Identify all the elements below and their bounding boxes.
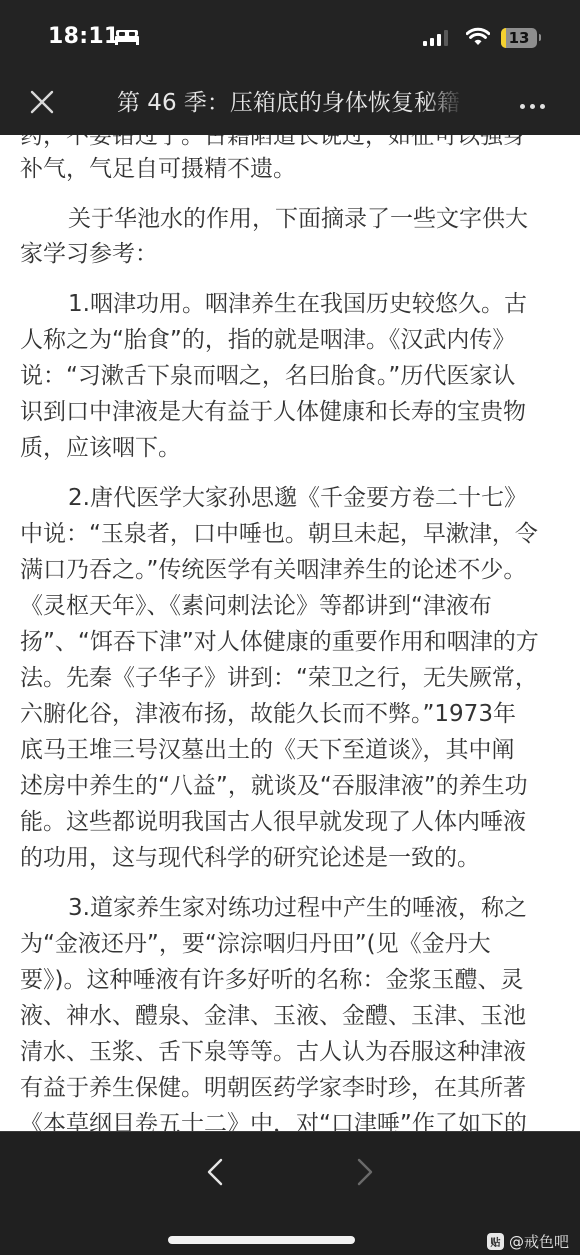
- article-line: 识到口中津液是大有益于人体健康和长寿的宝贵物: [20, 395, 526, 429]
- more-dots-icon: [540, 104, 545, 109]
- article-line: 清水、玉浆、舌下泉等等。古人认为吞服这种津液: [20, 1035, 526, 1069]
- article-line: 法。先秦《子华子》讲到：“荣卫之行，无失厥常，: [20, 661, 538, 695]
- article-line: 的功用，这与现代科学的研究论述是一致的。: [20, 841, 480, 875]
- article-line: 2.唐代医学大家孙思邈《千金要方卷二十七》: [68, 481, 527, 515]
- cellular-signal-icon: [423, 30, 451, 46]
- article-line: 底马王堆三号汉墓出土的《天下至道谈》，其中阐: [20, 733, 515, 767]
- article-line: 药，不要错过了。古籍陷道长说过，如征可以强身: [20, 135, 526, 153]
- more-options-button[interactable]: [520, 94, 554, 110]
- article-line: 补气，气足自可摄精不遗。: [20, 152, 296, 186]
- more-dots-icon: [530, 104, 535, 109]
- battery-indicator: 13: [501, 28, 537, 48]
- article-line: 3.道家养生家对练功过程中产生的唾液，称之: [68, 891, 527, 925]
- page-title: 第 46 季：压箱底的身体恢复秘籍: [117, 86, 465, 120]
- chevron-left-icon[interactable]: [203, 1154, 227, 1190]
- battery-level: 13: [501, 28, 537, 48]
- chevron-right-icon[interactable]: [353, 1154, 377, 1190]
- watermark-text: @戒色吧: [509, 1231, 569, 1252]
- top-bar: 18:11 13 第 46 季：压箱底的身体恢复秘籍: [0, 0, 580, 135]
- article-line: 说：“习漱舌下泉而咽之，名曰胎食。”历代医家认: [20, 359, 515, 393]
- article-line: 家学习参考：: [20, 237, 158, 271]
- article-line: 为“金液还丹”，要“淙淙咽归丹田”(见《金丹大: [20, 927, 491, 961]
- home-indicator[interactable]: [168, 1236, 355, 1244]
- article-line: 六腑化谷，津液布扬，故能久长而不弊。”1973年: [20, 697, 516, 731]
- article-line: 《灵枢天年》、《素问刺法论》等都讲到“津液布: [20, 589, 492, 623]
- article-line: 能。这些都说明我国古人很早就发现了人体内唾液: [20, 805, 526, 839]
- wifi-icon: [466, 27, 490, 47]
- article-line: 要》)。这种唾液有许多好听的名称：金浆玉醴、灵: [20, 963, 523, 997]
- tieba-logo-icon: 贴: [487, 1233, 504, 1250]
- article-line: 质，应该咽下。: [20, 431, 181, 465]
- article-line: 关于华池水的作用，下面摘录了一些文字供大: [68, 202, 528, 236]
- battery-tip: [539, 34, 541, 41]
- article-line: 1.咽津功用。咽津养生在我国历史较悠久。古: [68, 287, 527, 321]
- bottom-toolbar: 贴 @戒色吧: [0, 1131, 580, 1255]
- close-icon[interactable]: [26, 86, 58, 118]
- bed-icon: [114, 29, 140, 45]
- article-line: 有益于养生保健。明朝医药学家李时珍，在其所著: [20, 1071, 526, 1105]
- article-content[interactable]: 药，不要错过了。古籍陷道长说过，如征可以强身补气，气足自可摄精不遗。关于华池水的…: [0, 135, 580, 1131]
- status-time: 18:11: [48, 24, 120, 49]
- article-line: 扬”、“饵吞下津”对人体健康的重要作用和咽津的方: [20, 625, 539, 659]
- article-line: 液、神水、醴泉、金津、玉液、金醴、玉津、玉池: [20, 999, 526, 1033]
- article-line: 人称之为“胎食”的，指的就是咽津。《汉武内传》: [20, 323, 515, 357]
- watermark: 贴 @戒色吧: [487, 1229, 569, 1253]
- more-dots-icon: [520, 104, 525, 109]
- article-line: 《本草纲目卷五十二》中，对“口津唾”作了如下的: [20, 1107, 527, 1131]
- article-line: 中说：“玉泉者，口中唾也。朝旦未起，早漱津，令: [20, 517, 538, 551]
- article-line: 述房中养生的“八益”，就谈及“吞服津液”的养生功: [20, 769, 528, 803]
- article-line: 满口乃吞之。”传统医学有关咽津养生的论述不少。: [20, 553, 526, 587]
